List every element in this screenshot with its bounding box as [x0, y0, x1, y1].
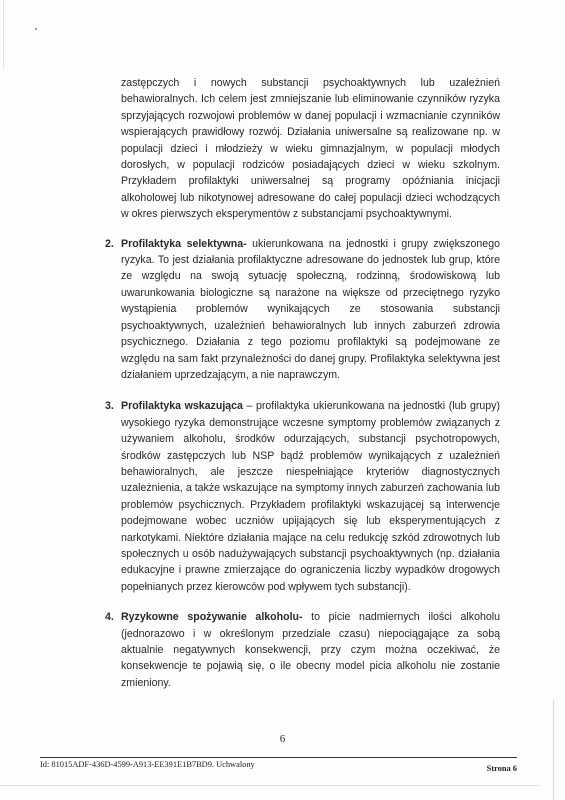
page-number: 6 — [0, 733, 565, 745]
term-heading: Ryzykowne spożywanie alkoholu- — [121, 611, 303, 623]
scan-artifact-line — [0, 785, 540, 786]
term-definition: – profilaktyka ukierunkowana na jednostk… — [121, 400, 500, 592]
list-item-indicated-prevention: 3. Profilaktyka wskazująca – profilaktyk… — [107, 398, 500, 595]
list-number: 3. — [105, 398, 114, 414]
document-body: zastępczych i nowych substancji psychoak… — [107, 75, 500, 691]
footer-page-label: Strona 6 — [487, 764, 517, 773]
footer-divider — [40, 757, 517, 758]
scan-edge-right — [553, 700, 554, 800]
intro-paragraph: zastępczych i nowych substancji psychoak… — [121, 75, 500, 223]
list-item-risky-alcohol-use: 4. Ryzykowne spożywanie alkoholu- to pic… — [107, 609, 500, 691]
list-number: 2. — [105, 236, 114, 252]
footer-document-id: Id: 81015ADF-436D-4599-A913-EE391E1B7BD9… — [40, 760, 255, 769]
list-item-selective-prevention: 2. Profilaktyka selektywna- ukierunkowan… — [107, 236, 500, 384]
scan-edge-left — [3, 0, 4, 70]
term-heading: Profilaktyka wskazująca — [121, 400, 243, 412]
term-definition: ukierunkowana na jednostki i grupy zwięk… — [121, 238, 500, 381]
scan-speck — [35, 28, 37, 30]
list-number: 4. — [105, 609, 114, 625]
term-heading: Profilaktyka selektywna- — [121, 238, 247, 250]
